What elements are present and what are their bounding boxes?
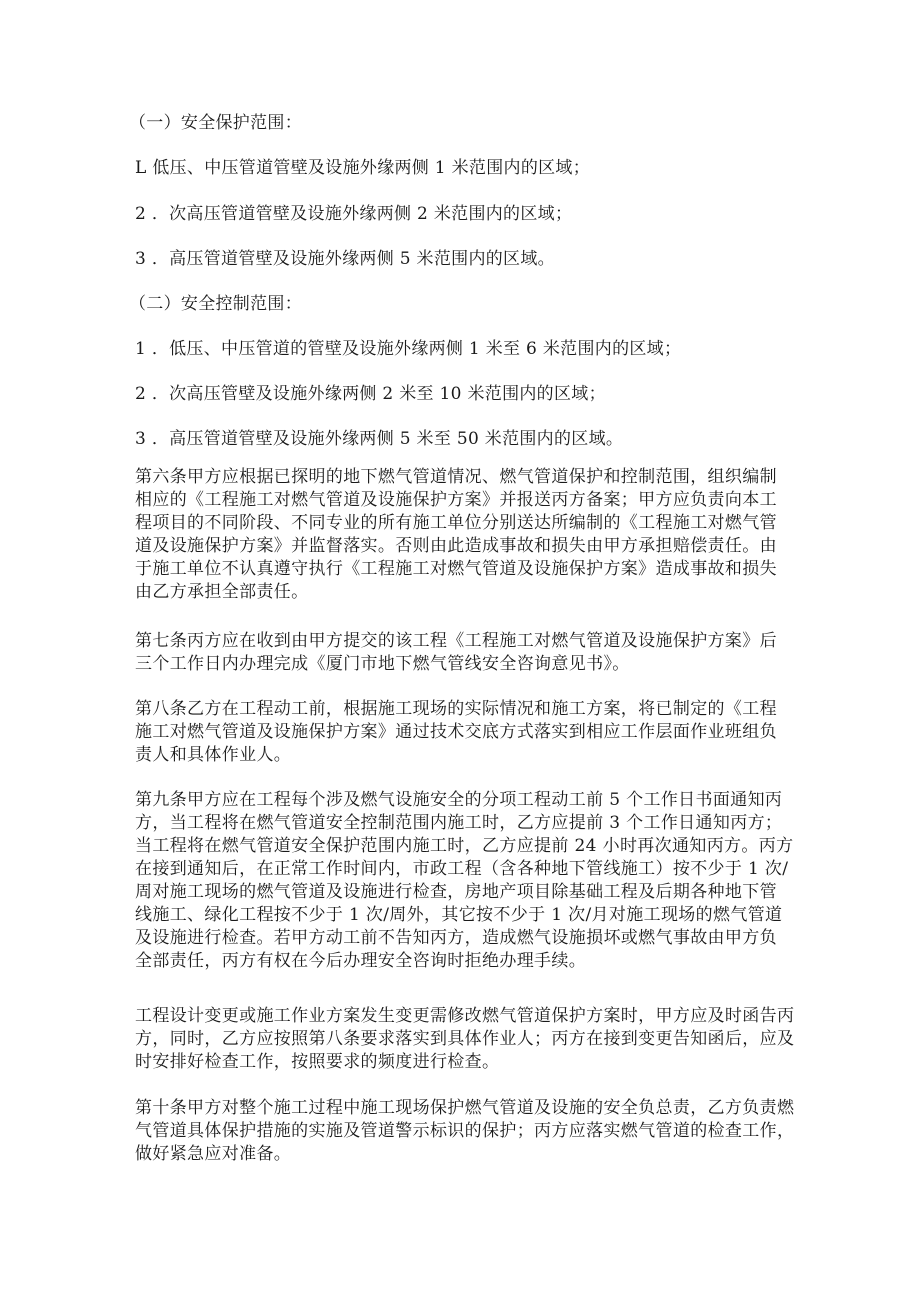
article-6-line: 程项目的不同阶段、不同专业的所有施工单位分别送达所编制的《工程施工对燃气管 <box>135 512 767 535</box>
article-9-line: 及设施进行检查。若甲方动工前不告知丙方，造成燃气设施损坏或燃气事故由甲方负 <box>135 927 767 950</box>
protection-item-1: L 低压、中压管道管壁及设施外缘两侧 1 米范围内的区域； <box>135 157 590 179</box>
article-8-line: 第八条乙方在工程动工前，根据施工现场的实际情况和施工方案，将已制定的《工程 <box>135 698 767 721</box>
article-6-line: 由乙方承担全部责任。 <box>135 581 767 604</box>
article-8-line: 施工对燃气管道及设施保护方案》通过技术交底方式落实到相应工作层面作业班组负 <box>135 721 767 744</box>
section-heading-control-range: （二）安全控制范围： <box>129 293 302 315</box>
article-9-line: 在接到通知后，在正常工作时间内，市政工程（含各种地下管线施工）按不少于 1 次/ <box>135 858 767 881</box>
design-change-line: 时安排好检查工作，按照要求的频度进行检查。 <box>135 1051 767 1074</box>
article-7-line: 三个工作日内办理完成《厦门市地下燃气管线安全咨询意见书》。 <box>135 653 767 676</box>
article-6-line: 于施工单位不认真遵守执行《工程施工对燃气管道及设施保护方案》造成事故和损失 <box>135 558 767 581</box>
article-9-line: 第九条甲方应在工程每个涉及燃气设施安全的分项工程动工前 5 个工作日书面通知丙 <box>135 789 767 812</box>
protection-item-2: 2 ．次高压管道管壁及设施外缘两侧 2 米范围内的区域； <box>135 203 572 225</box>
article-6-line: 第六条甲方应根据已探明的地下燃气管道情况、燃气管道保护和控制范围，组织编制 <box>135 466 767 489</box>
article-6-line: 道及设施保护方案》并监督落实。否则由此造成事故和损失由甲方承担赔偿责任。由 <box>135 535 767 558</box>
article-10-paragraph: 第十条甲方对整个施工过程中施工现场保护燃气管道及设施的安全负总责，乙方负责燃 气… <box>135 1097 767 1166</box>
article-9-line: 全部责任，丙方有权在今后办理安全咨询时拒绝办理手续。 <box>135 950 767 973</box>
article-6-paragraph: 第六条甲方应根据已探明的地下燃气管道情况、燃气管道保护和控制范围，组织编制 相应… <box>135 466 767 604</box>
article-8-line: 责人和具体作业人。 <box>135 744 767 767</box>
article-10-line: 做好紧急应对准备。 <box>135 1143 767 1166</box>
article-10-line: 第十条甲方对整个施工过程中施工现场保护燃气管道及设施的安全负总责，乙方负责燃 <box>135 1097 767 1120</box>
article-10-line: 气管道具体保护措施的实施及管道警示标识的保护；丙方应落实燃气管道的检查工作， <box>135 1120 767 1143</box>
article-9-line: 方，当工程将在燃气管道安全控制范围内施工时，乙方应提前 3 个工作日通知丙方； <box>135 812 767 835</box>
control-item-1: 1 ．低压、中压管道的管壁及设施外缘两侧 1 米至 6 米范围内的区域； <box>135 338 681 360</box>
article-9-line: 线施工、绿化工程按不少于 1 次/周外，其它按不少于 1 次/月对施工现场的燃气… <box>135 904 767 927</box>
article-7-line: 第七条丙方应在收到由甲方提交的该工程《工程施工对燃气管道及设施保护方案》后 <box>135 630 767 653</box>
protection-item-3: 3 ．高压管道管壁及设施外缘两侧 5 米范围内的区域。 <box>135 248 555 270</box>
article-9-line: 当工程将在燃气管道安全保护范围内施工时，乙方应提前 24 小时再次通知丙方。丙方 <box>135 835 767 858</box>
design-change-line: 方，同时，乙方应按照第八条要求落实到具体作业人；丙方在接到变更告知函后，应及 <box>135 1028 767 1051</box>
section-heading-protection-range: （一）安全保护范围： <box>129 112 302 134</box>
article-7-paragraph: 第七条丙方应在收到由甲方提交的该工程《工程施工对燃气管道及设施保护方案》后 三个… <box>135 630 767 676</box>
design-change-paragraph: 工程设计变更或施工作业方案发生变更需修改燃气管道保护方案时，甲方应及时函告丙 方… <box>135 1005 767 1074</box>
article-9-line: 周对施工现场的燃气管道及设施进行检查，房地产项目除基础工程及后期各种地下管 <box>135 881 767 904</box>
design-change-line: 工程设计变更或施工作业方案发生变更需修改燃气管道保护方案时，甲方应及时函告丙 <box>135 1005 767 1028</box>
article-9-paragraph: 第九条甲方应在工程每个涉及燃气设施安全的分项工程动工前 5 个工作日书面通知丙 … <box>135 789 767 973</box>
control-item-2: 2 ．次高压管壁及设施外缘两侧 2 米至 10 米范围内的区域； <box>135 383 606 405</box>
article-8-paragraph: 第八条乙方在工程动工前，根据施工现场的实际情况和施工方案，将已制定的《工程 施工… <box>135 698 767 767</box>
control-item-3: 3 ．高压管道管壁及设施外缘两侧 5 米至 50 米范围内的区域。 <box>135 428 623 450</box>
article-6-line: 相应的《工程施工对燃气管道及设施保护方案》并报送丙方备案；甲方应负责向本工 <box>135 489 767 512</box>
